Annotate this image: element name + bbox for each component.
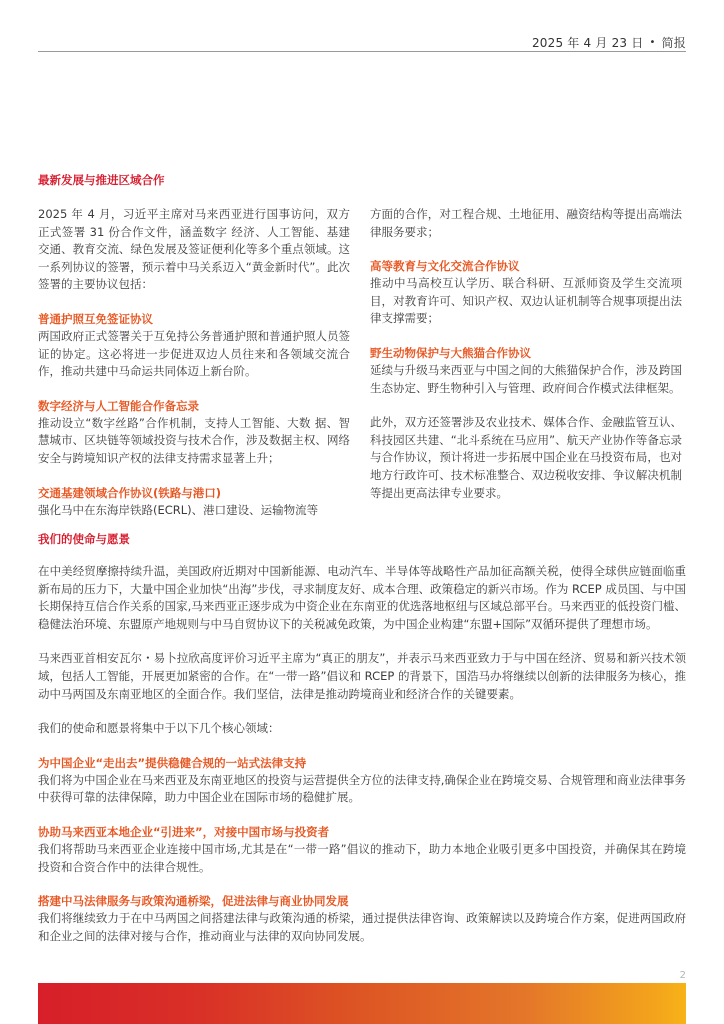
- focus-area-item: 协助马来西亚本地企业“引进来”，对接中国市场与投资者 我们将帮助马来西亚企业连接…: [38, 824, 686, 876]
- agreement-title: 数字经济与人工智能合作备忘录: [38, 398, 350, 415]
- agreement-title: 野生动物保护与大熊猫合作协议: [370, 345, 682, 362]
- footer-gradient-band: [38, 983, 686, 1024]
- agreement-body: 延续与升级马来西亚与中国之间的大熊猫保护合作，涉及跨国生态协定、野生物种引入与管…: [370, 362, 682, 397]
- header-divider: [38, 51, 686, 52]
- section-title-latest-developments: 最新发展与推进区域合作: [38, 172, 165, 188]
- mission-paragraph: 在中美经贸摩擦持续升温，美国政府近期对中国新能源、电动汽车、半导体等战略性产品加…: [38, 563, 686, 633]
- focus-area-title: 协助马来西亚本地企业“引进来”，对接中国市场与投资者: [38, 824, 686, 841]
- left-column: 2025 年 4 月，习近平主席对马来西亚进行国事访问，双方正式签署 31 份合…: [38, 206, 350, 536]
- agreement-body: 推动中马高校互认学历、联合科研、互派师资及学生交流项目，对教育许可、知识产权、双…: [370, 275, 682, 328]
- focus-area-title: 搭建中马法律服务与政策沟通桥梁，促进法律与商业协同发展: [38, 893, 686, 910]
- section1-closing: 此外，双方还签署涉及农业技术、媒体合作、金融监管互认、科技园区共建、“北斗系统在…: [370, 414, 682, 502]
- agreement-body: 两国政府正式签署关于互免持公务普通护照和普通护照人员签证的协定。这必将进一步促进…: [38, 328, 350, 381]
- focus-area-body: 我们将帮助马来西亚企业连接中国市场,尤其是在“一带一路”倡议的推动下，助力本地企…: [38, 841, 686, 876]
- header-meta: 2025 年 4 月 23 日 • 简报: [532, 34, 686, 51]
- focus-area-body: 我们将为中国企业在马来西亚及东南亚地区的投资与运营提供全方位的法律支持,确保企业…: [38, 772, 686, 807]
- agreement-body-continued: 方面的合作，对工程合规、土地征用、融资结构等提出高端法律服务要求；: [370, 206, 682, 241]
- agreement-item: 数字经济与人工智能合作备忘录 推动设立“数字丝路”合作机制，支持人工智能、大数 …: [38, 398, 350, 468]
- agreement-item: 野生动物保护与大熊猫合作协议 延续与升级马来西亚与中国之间的大熊猫保护合作，涉及…: [370, 345, 682, 397]
- agreement-item: 普通护照互免签证协议 两国政府正式签署关于互免持公务普通护照和普通护照人员签证的…: [38, 311, 350, 381]
- bullet-separator-icon: •: [649, 37, 655, 48]
- section-title-mission-vision: 我们的使命与愿景: [38, 531, 130, 547]
- agreement-title: 普通护照互免签证协议: [38, 311, 350, 328]
- agreement-body: 推动设立“数字丝路”合作机制，支持人工智能、大数 据、智慧城市、区块链等领域投资…: [38, 415, 350, 468]
- page-number: 2: [680, 970, 686, 981]
- header-doc-type: 简报: [662, 34, 686, 51]
- agreement-body: 强化马中在东海岸铁路(ECRL)、港口建设、运输物流等: [38, 502, 350, 520]
- header-date: 2025 年 4 月 23 日: [532, 34, 644, 51]
- section1-intro: 2025 年 4 月，习近平主席对马来西亚进行国事访问，双方正式签署 31 份合…: [38, 206, 350, 294]
- right-column: 方面的合作，对工程合规、土地征用、融资结构等提出高端法律服务要求； 高等教育与文…: [370, 206, 682, 502]
- agreement-item: 交通基建领域合作协议(铁路与港口) 强化马中在东海岸铁路(ECRL)、港口建设、…: [38, 485, 350, 520]
- agreement-title: 高等教育与文化交流合作协议: [370, 258, 682, 275]
- mission-paragraph: 我们的使命和愿景将集中于以下几个核心领域：: [38, 720, 686, 738]
- agreement-title: 交通基建领域合作协议(铁路与港口): [38, 485, 350, 502]
- focus-area-item: 搭建中马法律服务与政策沟通桥梁，促进法律与商业协同发展 我们将继续致力于在中马两…: [38, 893, 686, 945]
- focus-area-body: 我们将继续致力于在中马两国之间搭建法律与政策沟通的桥梁，通过提供法律咨询、政策解…: [38, 910, 686, 945]
- mission-paragraph: 马来西亚首相安瓦尔・易卜拉欣高度评价习近平主席为“真正的朋友”，并表示马来西亚致…: [38, 650, 686, 703]
- focus-area-item: 为中国企业“走出去”提供稳健合规的一站式法律支持 我们将为中国企业在马来西亚及东…: [38, 755, 686, 807]
- mission-content: 在中美经贸摩擦持续升温，美国政府近期对中国新能源、电动汽车、半导体等战略性产品加…: [38, 563, 686, 962]
- agreement-item: 高等教育与文化交流合作协议 推动中马高校互认学历、联合科研、互派师资及学生交流项…: [370, 258, 682, 328]
- focus-area-title: 为中国企业“走出去”提供稳健合规的一站式法律支持: [38, 755, 686, 772]
